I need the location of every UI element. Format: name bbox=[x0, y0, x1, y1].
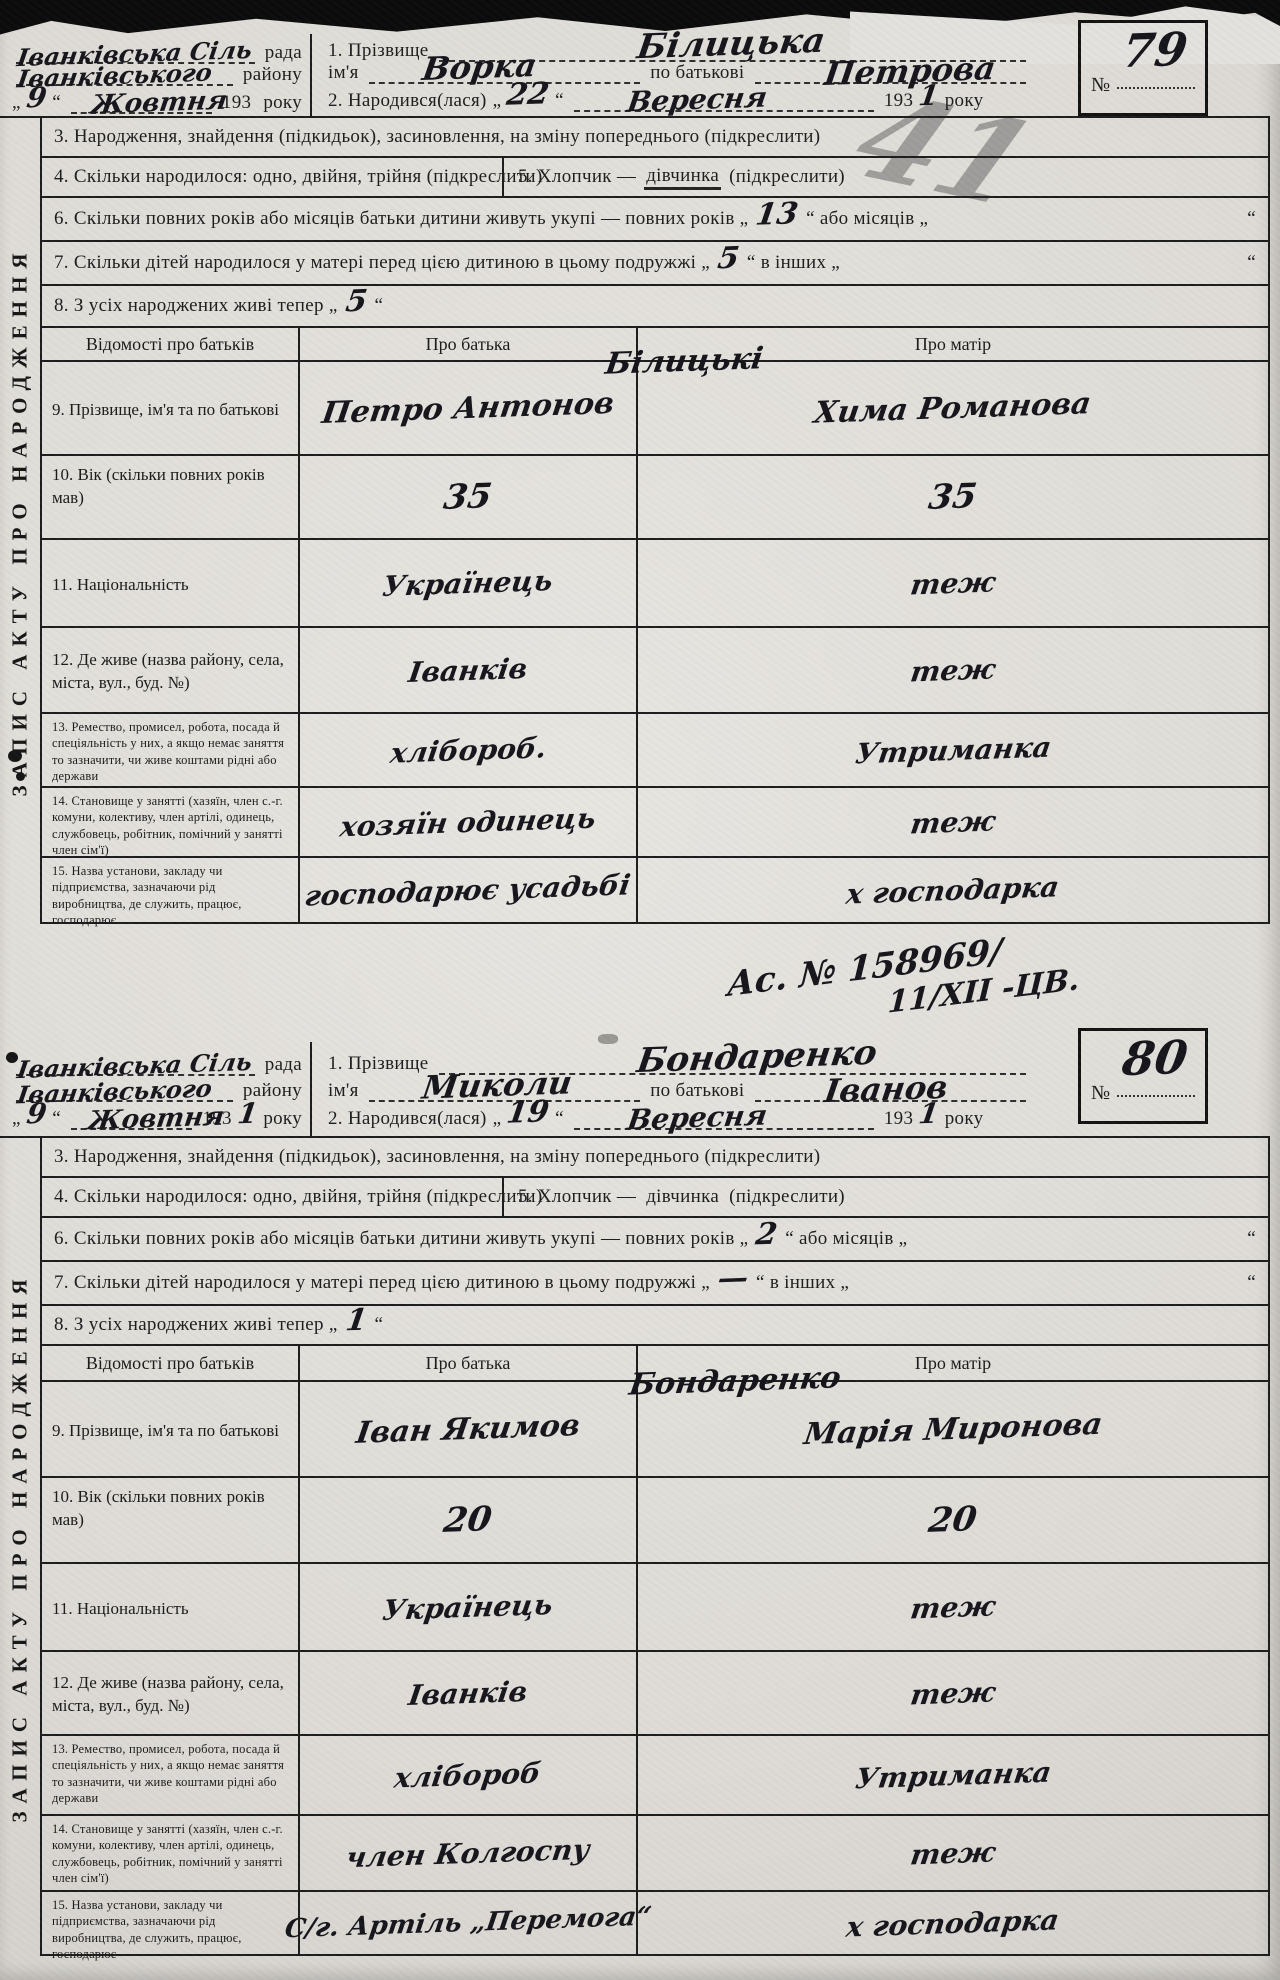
born-label: 2. Народився(лася) bbox=[328, 1108, 487, 1130]
quote-open: „ bbox=[493, 1108, 502, 1130]
row15-mother-cell: х господарка bbox=[638, 858, 1268, 922]
row14-label: 14. Становище у занятті (хазяїн, член с.… bbox=[42, 1816, 300, 1890]
mother-nationality-handwriting: теж bbox=[908, 565, 997, 601]
row13-father-cell: хлібороб bbox=[300, 1736, 638, 1814]
row10-mother-cell: 35 bbox=[638, 456, 1268, 538]
quote-close: “ bbox=[555, 1108, 564, 1130]
row11-label: 11. Національність bbox=[42, 1564, 300, 1650]
name-fill: Миколи bbox=[369, 1073, 641, 1102]
row-15: 15. Назва установи, закладу чи підприємс… bbox=[42, 1892, 1268, 1956]
born-label: 2. Народився(лася) bbox=[328, 90, 487, 112]
vertical-form-title: ЗАПИС АКТУ ПРО НАРОДЖЕННЯ bbox=[8, 1271, 33, 1822]
row-3: 3. Народження, знайдення (підкидьок), за… bbox=[42, 1138, 1268, 1178]
row10-father-cell: 35 bbox=[300, 456, 638, 538]
row10-mother-cell: 20 bbox=[638, 1478, 1268, 1562]
roku-label: року bbox=[263, 1108, 302, 1130]
mother-residence-handwriting: теж bbox=[908, 1675, 997, 1711]
quote-close: “ bbox=[52, 92, 61, 114]
row-3: 3. Народження, знайдення (підкидьок), за… bbox=[42, 118, 1268, 158]
registry-annotation: Ас. № 158969/ 11/ХІІ -ЦВ. bbox=[726, 912, 1280, 1031]
birth-record-79: Іванківська Сіль рада Іванківського райо… bbox=[0, 34, 1270, 924]
district-line: Іванківського району bbox=[12, 64, 302, 86]
row5-label-b: (підкреслити) bbox=[729, 166, 845, 188]
row13-label: 13. Ремество, промисел, робота, посада й… bbox=[42, 1736, 300, 1814]
row-9: 9. Прізвище, ім'я та по батькові Іван Як… bbox=[42, 1382, 1268, 1478]
number-sign: № bbox=[1091, 74, 1110, 97]
row-15: 15. Назва установи, закладу чи підприємс… bbox=[42, 858, 1268, 924]
row11-mother-cell: теж bbox=[638, 540, 1268, 626]
mother-status-handwriting: теж bbox=[908, 804, 997, 840]
reg-month-fill: Жовтня bbox=[71, 84, 212, 114]
row5-label-a: 5. Хлопчик — bbox=[518, 166, 636, 188]
scanned-birth-register-page: 41 Іванківська Сіль рада Іванківського р… bbox=[0, 0, 1280, 1980]
quote-close: “ bbox=[1247, 1272, 1256, 1294]
col-father-header: Про батька bbox=[300, 1346, 638, 1380]
record-number-handwriting: 79 bbox=[1119, 22, 1191, 78]
father-org-handwriting: господарює усадьбі bbox=[303, 868, 633, 912]
reg-month-fill: Жовтня bbox=[71, 1100, 192, 1130]
mother-age-handwriting: 35 bbox=[926, 476, 979, 518]
row7-label-b: “ в інших „ bbox=[756, 1272, 849, 1294]
row12-father-cell: Іванків bbox=[300, 1652, 638, 1734]
father-residence-handwriting: Іванків bbox=[406, 1674, 529, 1711]
row7-label-b: “ в інших „ bbox=[747, 252, 840, 274]
surname-label: 1. Прізвище bbox=[328, 1053, 429, 1075]
birth-day-handwriting: 22 bbox=[505, 76, 552, 112]
year-printed: 193 bbox=[884, 90, 913, 112]
roku-label: року bbox=[945, 1108, 984, 1130]
row7-value-handwriting: 5 bbox=[716, 240, 742, 276]
quote-close: “ bbox=[1247, 252, 1256, 274]
row-14: 14. Становище у занятті (хазяїн, член с.… bbox=[42, 788, 1268, 858]
form-rows: 3. Народження, знайдення (підкидьок), за… bbox=[40, 1138, 1270, 1956]
birth-year-handwriting: 1 bbox=[917, 79, 941, 113]
rada-label: рада bbox=[265, 42, 302, 64]
raionu-label: району bbox=[243, 64, 302, 86]
record-body: ЗАПИС АКТУ ПРО НАРОДЖЕННЯ 3. Народження,… bbox=[0, 118, 1270, 924]
row4-cell: 4. Скільки народилося: одно, двійня, трі… bbox=[42, 1178, 504, 1216]
family-surname-handwriting: Білицькі bbox=[603, 341, 765, 381]
row5-cell: 5. Хлопчик — дівчинка (підкреслити) bbox=[504, 165, 1268, 190]
quote-open: „ bbox=[493, 90, 502, 112]
father-status-handwriting: член Колгоспу bbox=[344, 1832, 592, 1873]
side-strip: ЗАПИС АКТУ ПРО НАРОДЖЕННЯ bbox=[0, 1138, 40, 1956]
row15-mother-cell: х господарка bbox=[638, 1892, 1268, 1954]
reg-month-handwriting: Жовтня bbox=[85, 1102, 226, 1137]
number-sign: № bbox=[1091, 1082, 1110, 1105]
father-occupation-handwriting: хлібороб bbox=[393, 1756, 544, 1794]
row13-father-cell: хлібороб. bbox=[300, 714, 638, 786]
form-rows: 3. Народження, знайдення (підкидьок), за… bbox=[40, 118, 1270, 924]
row5-label-b: (підкреслити) bbox=[729, 1186, 845, 1208]
row11-mother-cell: теж bbox=[638, 1564, 1268, 1650]
birth-month-handwriting: Вересня bbox=[625, 1099, 769, 1137]
quote-close: “ bbox=[374, 295, 383, 317]
reg-year-handwriting: 1 bbox=[235, 1097, 259, 1131]
row5-cell: 5. Хлопчик — дівчинка (підкреслити) bbox=[504, 1186, 1268, 1208]
row5-label-a: 5. Хлопчик — bbox=[518, 1186, 636, 1208]
quote-close: “ bbox=[374, 1314, 383, 1336]
row12-father-cell: Іванків bbox=[300, 628, 638, 712]
mother-status-handwriting: теж bbox=[908, 1835, 997, 1871]
name-label: ім'я bbox=[328, 62, 359, 84]
record-number-box: № 80 bbox=[1078, 1028, 1208, 1124]
row-6: 6. Скільки повних років або місяців бать… bbox=[42, 198, 1268, 242]
row-13: 13. Ремество, промисел, робота, посада й… bbox=[42, 1736, 1268, 1816]
row10-father-cell: 20 bbox=[300, 1478, 638, 1562]
mother-nationality-handwriting: теж bbox=[908, 1589, 997, 1625]
mother-residence-handwriting: теж bbox=[908, 652, 997, 688]
row-13: 13. Ремество, промисел, робота, посада й… bbox=[42, 714, 1268, 788]
patronymic-fill: Іванов bbox=[755, 1073, 1027, 1102]
birth-month-handwriting: Вересня bbox=[625, 81, 769, 119]
birth-day-handwriting: 19 bbox=[505, 1094, 552, 1130]
birth-year-handwriting: 1 bbox=[917, 1097, 941, 1131]
row12-label: 12. Де живе (назва району, села, міста, … bbox=[42, 1652, 300, 1734]
row8-value-handwriting: 1 bbox=[343, 1302, 369, 1338]
quote-close: “ bbox=[1247, 208, 1256, 230]
row13-mother-cell: Утриманка bbox=[638, 714, 1268, 786]
row6-label-b: “ або місяців „ bbox=[806, 208, 928, 230]
mother-occupation-handwriting: Утриманка bbox=[853, 1755, 1053, 1795]
quote-open: „ bbox=[12, 1108, 21, 1130]
mother-name-handwriting: Хима Романова bbox=[812, 386, 1094, 431]
row3-label: 3. Народження, знайдення (підкидьок), за… bbox=[54, 1146, 820, 1168]
record-number-handwriting: 80 bbox=[1119, 1030, 1191, 1086]
row-6: 6. Скільки повних років або місяців бать… bbox=[42, 1218, 1268, 1262]
reg-day-handwriting: 9 bbox=[24, 1097, 48, 1131]
mother-occupation-handwriting: Утриманка bbox=[853, 730, 1053, 770]
row14-mother-cell: теж bbox=[638, 788, 1268, 856]
row7-label-a: 7. Скільки дітей народилося у матері пер… bbox=[54, 252, 710, 274]
row4-label: 4. Скільки народилося: одно, двійня, трі… bbox=[54, 1186, 543, 1208]
row11-label: 11. Національність bbox=[42, 540, 300, 626]
mother-org-handwriting: х господарка bbox=[844, 1903, 1061, 1943]
council-block: Іванківська Сіль рада Іванківського райо… bbox=[0, 1042, 312, 1136]
row5-girl-word: дівчинка bbox=[644, 1186, 721, 1208]
reg-month-handwriting: Жовтня bbox=[88, 86, 229, 121]
surname-label: 1. Прізвище bbox=[328, 40, 429, 62]
row-12: 12. Де живе (назва району, села, міста, … bbox=[42, 1652, 1268, 1736]
row12-label: 12. Де живе (назва району, села, міста, … bbox=[42, 628, 300, 712]
roku-label: року bbox=[263, 92, 302, 114]
row4-label: 4. Скільки народилося: одно, двійня, трі… bbox=[54, 166, 543, 188]
birth-month-fill: Вересня bbox=[574, 82, 874, 112]
row6-label-b: “ або місяців „ bbox=[785, 1228, 907, 1250]
father-occupation-handwriting: хлібороб. bbox=[388, 731, 548, 769]
name-fill: Ворка bbox=[369, 60, 641, 84]
side-strip: ЗАПИС АКТУ ПРО НАРОДЖЕННЯ bbox=[0, 118, 40, 924]
row6-value-handwriting: 13 bbox=[754, 196, 801, 232]
row13-label: 13. Ремество, промисел, робота, посада й… bbox=[42, 714, 300, 786]
father-org-handwriting: С/г. Артіль „Перемога“ bbox=[283, 1902, 653, 1945]
vertical-form-title: ЗАПИС АКТУ ПРО НАРОДЖЕННЯ bbox=[8, 245, 33, 796]
row5-girl-word: дівчинка bbox=[644, 165, 721, 190]
father-age-handwriting: 35 bbox=[441, 476, 494, 518]
birth-record-80: Іванківська Сіль рада Іванківського райо… bbox=[0, 1042, 1270, 1956]
col-info-header: Відомості про батьків bbox=[42, 328, 300, 360]
row15-father-cell: С/г. Артіль „Перемога“ bbox=[300, 1892, 638, 1954]
birth-date-line: 2. Народився(лася) „ 22 “ Вересня 193 1 … bbox=[328, 84, 1030, 112]
record-header: Іванківська Сіль рада Іванківського райо… bbox=[0, 34, 1270, 118]
rada-label: рада bbox=[265, 1054, 302, 1076]
row-12: 12. Де живе (назва району, села, міста, … bbox=[42, 628, 1268, 714]
quote-close: “ bbox=[1247, 1228, 1256, 1250]
row4-cell: 4. Скільки народилося: одно, двійня, трі… bbox=[42, 158, 504, 196]
father-residence-handwriting: Іванків bbox=[406, 651, 529, 688]
roku-label: року bbox=[945, 90, 984, 112]
row10-label: 10. Вік (скільки повних років мав) bbox=[42, 1478, 300, 1562]
row-11: 11. Національність Українець теж bbox=[42, 1564, 1268, 1652]
mother-org-handwriting: х господарка bbox=[844, 870, 1061, 910]
mother-age-handwriting: 20 bbox=[926, 1499, 979, 1541]
row12-mother-cell: теж bbox=[638, 628, 1268, 712]
row14-mother-cell: теж bbox=[638, 1816, 1268, 1890]
col-info-header: Відомості про батьків bbox=[42, 1346, 300, 1380]
row11-father-cell: Українець bbox=[300, 540, 638, 626]
row6-label-a: 6. Скільки повних років або місяців бать… bbox=[54, 208, 748, 230]
row14-father-cell: хозяїн одинець bbox=[300, 788, 638, 856]
col-father-header: Про батька bbox=[300, 328, 638, 360]
council-line: Іванківська Сіль рада bbox=[12, 1050, 302, 1076]
row12-mother-cell: теж bbox=[638, 1652, 1268, 1734]
father-name-handwriting: Петро Антонов bbox=[320, 385, 617, 430]
father-nationality-handwriting: Українець bbox=[381, 564, 556, 603]
row-8: 8. З усіх народжених живі тепер „ 1 “ bbox=[42, 1306, 1268, 1346]
quote-close: “ bbox=[555, 90, 564, 112]
row15-label: 15. Назва установи, закладу чи підприємс… bbox=[42, 1892, 300, 1954]
birth-date-line: 2. Народився(лася) „ 19 “ Вересня 193 1 … bbox=[328, 1102, 1030, 1130]
row-10: 10. Вік (скільки повних років мав) 20 20 bbox=[42, 1478, 1268, 1564]
quote-close: “ bbox=[52, 1108, 61, 1130]
row9-father-cell: Іван Якимов bbox=[300, 1382, 638, 1476]
row6-label-a: 6. Скільки повних років або місяців бать… bbox=[54, 1228, 748, 1250]
row15-label: 15. Назва установи, закладу чи підприємс… bbox=[42, 858, 300, 922]
record-body: ЗАПИС АКТУ ПРО НАРОДЖЕННЯ 3. Народження,… bbox=[0, 1138, 1270, 1956]
record-number-box: № 79 bbox=[1078, 20, 1208, 116]
row-8: 8. З усіх народжених живі тепер „ 5 “ bbox=[42, 286, 1268, 328]
row-7: 7. Скільки дітей народилося у матері пер… bbox=[42, 242, 1268, 286]
row8-label: 8. З усіх народжених живі тепер „ bbox=[54, 1314, 338, 1336]
quote-open: „ bbox=[12, 92, 21, 114]
child-name-handwriting: Миколи bbox=[420, 1063, 575, 1106]
row-4-5: 4. Скільки народилося: одно, двійня, трі… bbox=[42, 158, 1268, 198]
row15-father-cell: господарює усадьбі bbox=[300, 858, 638, 922]
row-7: 7. Скільки дітей народилося у матері пер… bbox=[42, 1262, 1268, 1306]
row6-value-handwriting: 2 bbox=[754, 1216, 780, 1252]
row14-label: 14. Становище у занятті (хазяїн, член с.… bbox=[42, 788, 300, 856]
father-name-handwriting: Іван Якимов bbox=[354, 1408, 582, 1451]
patronymic-label: по батькові bbox=[650, 1080, 744, 1102]
council-block: Іванківська Сіль рада Іванківського райо… bbox=[0, 34, 312, 116]
reg-day-handwriting: 9 bbox=[24, 81, 48, 115]
row-11: 11. Національність Українець теж bbox=[42, 540, 1268, 628]
row10-label: 10. Вік (скільки повних років мав) bbox=[42, 456, 300, 538]
year-printed: 193 bbox=[884, 1108, 913, 1130]
father-status-handwriting: хозяїн одинець bbox=[338, 801, 598, 843]
row7-value-handwriting: — bbox=[715, 1260, 750, 1296]
row8-label: 8. З усіх народжених живі тепер „ bbox=[54, 295, 338, 317]
council-fill-line: Іванківська Сіль bbox=[16, 1048, 255, 1076]
name-label: ім'я bbox=[328, 1080, 359, 1102]
mother-name-handwriting: Марія Миронова bbox=[802, 1406, 1105, 1451]
birth-month-fill: Вересня bbox=[574, 1100, 874, 1130]
row9-father-cell: Петро Антонов bbox=[300, 362, 638, 454]
row9-label: 9. Прізвище, ім'я та по батькові bbox=[42, 1382, 300, 1476]
row-4-5: 4. Скільки народилося: одно, двійня, трі… bbox=[42, 1178, 1268, 1218]
row14-father-cell: член Колгоспу bbox=[300, 1816, 638, 1890]
row-10: 10. Вік (скільки повних років мав) 35 35 bbox=[42, 456, 1268, 540]
row11-father-cell: Українець bbox=[300, 1564, 638, 1650]
row13-mother-cell: Утриманка bbox=[638, 1736, 1268, 1814]
patronymic-fill: Петрова bbox=[755, 60, 1027, 84]
father-nationality-handwriting: Українець bbox=[381, 1588, 556, 1627]
row-9: 9. Прізвище, ім'я та по батькові Петро А… bbox=[42, 362, 1268, 456]
row-14: 14. Становище у занятті (хазяїн, член с.… bbox=[42, 1816, 1268, 1892]
row3-label: 3. Народження, знайдення (підкидьок), за… bbox=[54, 126, 820, 148]
row8-value-handwriting: 5 bbox=[343, 283, 369, 319]
father-age-handwriting: 20 bbox=[441, 1499, 494, 1541]
row7-label-a: 7. Скільки дітей народилося у матері пер… bbox=[54, 1272, 710, 1294]
record-header: Іванківська Сіль рада Іванківського райо… bbox=[0, 1042, 1270, 1138]
row9-label: 9. Прізвище, ім'я та по батькові bbox=[42, 362, 300, 454]
